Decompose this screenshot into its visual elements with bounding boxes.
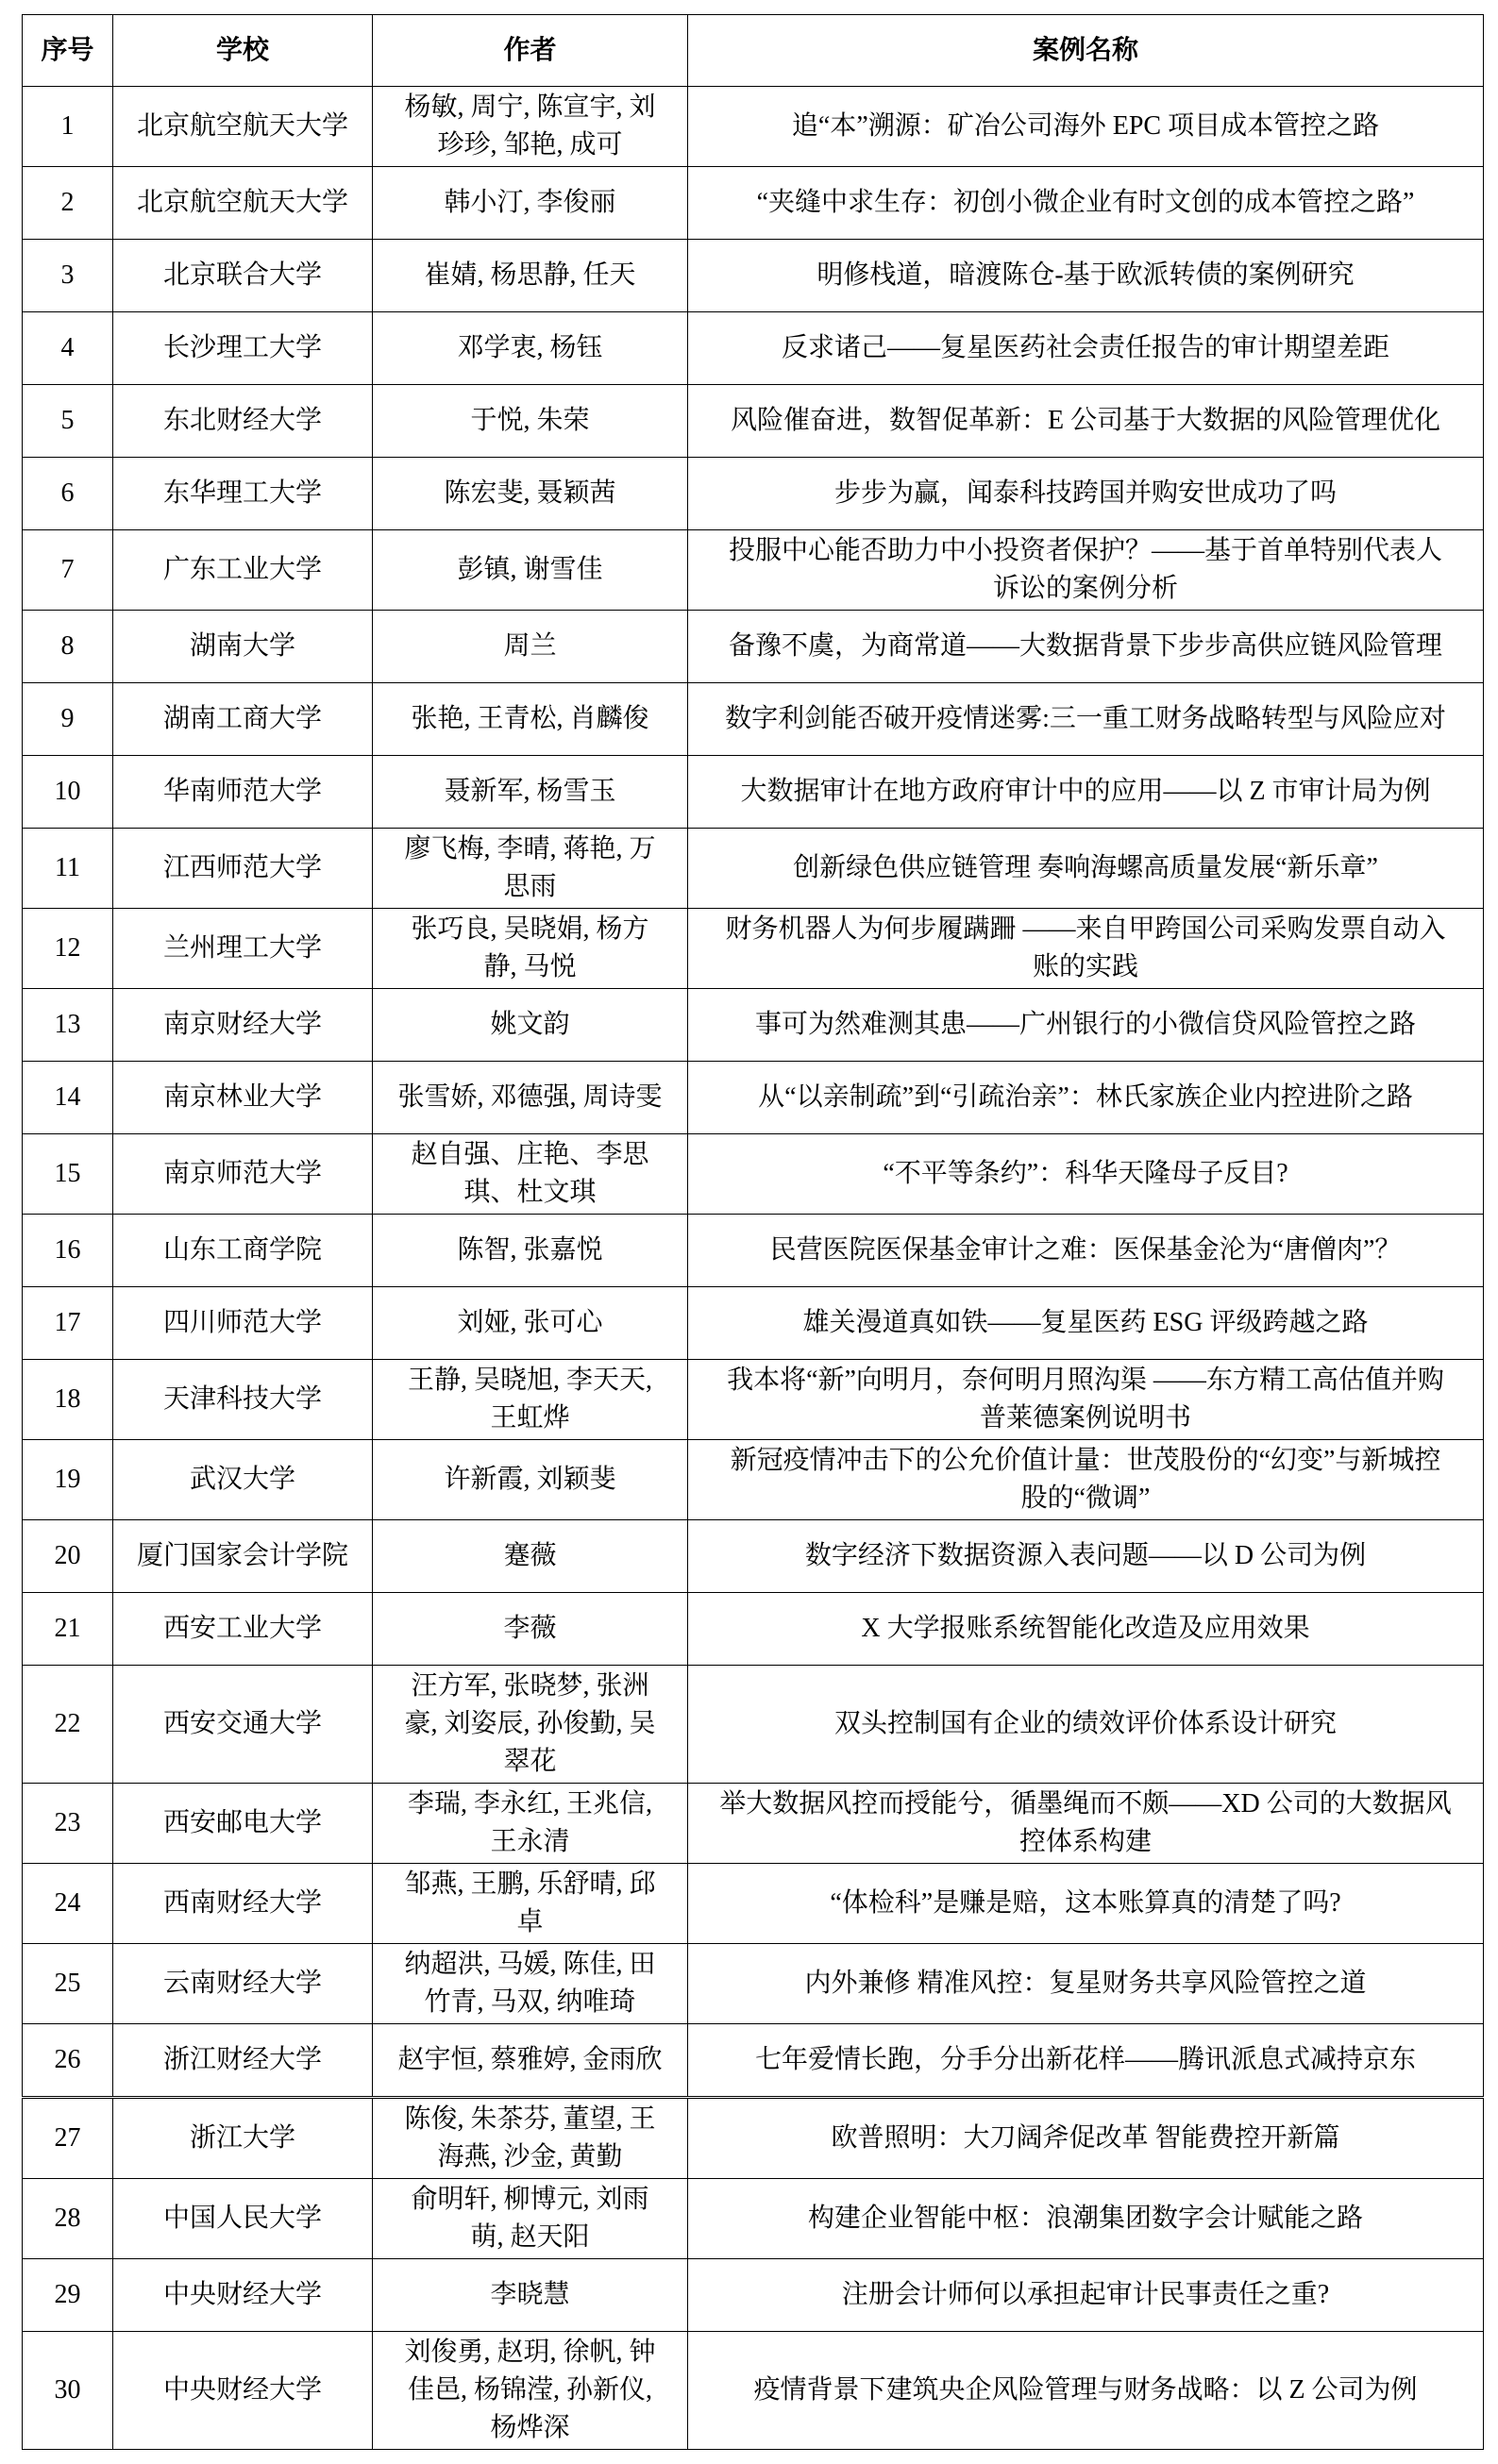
cell-authors: 刘娅, 张可心 [373, 1287, 688, 1360]
cell-case-title: 欧普照明：大刀阔斧促改革 智能费控开新篇 [688, 2099, 1484, 2179]
table-row: 22 西安交通大学 汪方军, 张晓梦, 张洲豪, 刘姿辰, 孙俊勤, 吴翠花 双… [23, 1666, 1484, 1784]
cell-school: 广东工业大学 [113, 530, 373, 611]
cell-case-title: 事可为然难测其患——广州银行的小微信贷风险管控之路 [688, 989, 1484, 1062]
cell-authors: 王静, 吴晓旭, 李天天, 王虹烨 [373, 1360, 688, 1440]
cell-number: 14 [23, 1062, 113, 1134]
header-case-title: 案例名称 [688, 15, 1484, 87]
cell-number: 19 [23, 1440, 113, 1520]
cell-number: 4 [23, 312, 113, 385]
cell-school: 江西师范大学 [113, 829, 373, 909]
table-row: 26 浙江财经大学 赵宇恒, 蔡雅婷, 金雨欣 七年爱情长跑，分手分出新花样——… [23, 2024, 1484, 2097]
cell-authors: 赵自强、庄艳、李思琪、杜文琪 [373, 1134, 688, 1215]
cell-school: 武汉大学 [113, 1440, 373, 1520]
cell-school: 中央财经大学 [113, 2259, 373, 2332]
table-row: 28 中国人民大学 俞明轩, 柳博元, 刘雨萌, 赵天阳 构建企业智能中枢：浪潮… [23, 2179, 1484, 2259]
cell-number: 16 [23, 1215, 113, 1287]
cell-number: 5 [23, 385, 113, 458]
header-school: 学校 [113, 15, 373, 87]
cell-case-title: 数字利剑能否破开疫情迷雾:三一重工财务战略转型与风险应对 [688, 683, 1484, 756]
table-row: 8 湖南大学 周兰 备豫不虞，为商常道——大数据背景下步步高供应链风险管理 [23, 611, 1484, 683]
cell-number: 27 [23, 2099, 113, 2179]
table-row: 1 北京航空航天大学 杨敏, 周宁, 陈宣宇, 刘珍珍, 邹艳, 成可 追“本”… [23, 87, 1484, 167]
cell-case-title: 举大数据风控而授能兮，循墨绳而不颇——XD 公司的大数据风控体系构建 [688, 1784, 1484, 1864]
cell-authors: 赵宇恒, 蔡雅婷, 金雨欣 [373, 2024, 688, 2097]
cell-number: 21 [23, 1593, 113, 1666]
cell-number: 23 [23, 1784, 113, 1864]
cell-case-title: X 大学报账系统智能化改造及应用效果 [688, 1593, 1484, 1666]
cell-authors: 汪方军, 张晓梦, 张洲豪, 刘姿辰, 孙俊勤, 吴翠花 [373, 1666, 688, 1784]
cell-case-title: 步步为赢，闻泰科技跨国并购安世成功了吗 [688, 458, 1484, 530]
cell-case-title: “夹缝中求生存：初创小微企业有时文创的成本管控之路” [688, 167, 1484, 240]
cell-authors: 刘俊勇, 赵玥, 徐帆, 钟佳邑, 杨锦滢, 孙新仪, 杨烨深 [373, 2332, 688, 2450]
cell-number: 11 [23, 829, 113, 909]
cell-authors: 李薇 [373, 1593, 688, 1666]
table-row: 18 天津科技大学 王静, 吴晓旭, 李天天, 王虹烨 我本将“新”向明月，奈何… [23, 1360, 1484, 1440]
cell-case-title: 大数据审计在地方政府审计中的应用——以 Z 市审计局为例 [688, 756, 1484, 829]
cell-school: 湖南工商大学 [113, 683, 373, 756]
cell-school: 南京师范大学 [113, 1134, 373, 1215]
cell-number: 10 [23, 756, 113, 829]
cell-school: 南京林业大学 [113, 1062, 373, 1134]
cell-school: 西安交通大学 [113, 1666, 373, 1784]
cell-number: 30 [23, 2332, 113, 2450]
table-row: 12 兰州理工大学 张巧良, 吴晓娟, 杨方静, 马悦 财务机器人为何步履蹒跚 … [23, 909, 1484, 989]
cell-number: 20 [23, 1520, 113, 1593]
table-row: 30 中央财经大学 刘俊勇, 赵玥, 徐帆, 钟佳邑, 杨锦滢, 孙新仪, 杨烨… [23, 2332, 1484, 2450]
cell-authors: 俞明轩, 柳博元, 刘雨萌, 赵天阳 [373, 2179, 688, 2259]
cell-authors: 陈智, 张嘉悦 [373, 1215, 688, 1287]
cell-number: 8 [23, 611, 113, 683]
cell-case-title: 我本将“新”向明月，奈何明月照沟渠 ——东方精工高估值并购普莱德案例说明书 [688, 1360, 1484, 1440]
cell-authors: 杨敏, 周宁, 陈宣宇, 刘珍珍, 邹艳, 成可 [373, 87, 688, 167]
cell-authors: 韩小汀, 李俊丽 [373, 167, 688, 240]
cell-number: 15 [23, 1134, 113, 1215]
cell-number: 17 [23, 1287, 113, 1360]
cell-school: 东华理工大学 [113, 458, 373, 530]
table-row: 21 西安工业大学 李薇 X 大学报账系统智能化改造及应用效果 [23, 1593, 1484, 1666]
cell-number: 13 [23, 989, 113, 1062]
table-row: 11 江西师范大学 廖飞梅, 李晴, 蒋艳, 万思雨 创新绿色供应链管理 奏响海… [23, 829, 1484, 909]
cell-case-title: 内外兼修 精准风控：复星财务共享风险管控之道 [688, 1944, 1484, 2024]
cell-number: 9 [23, 683, 113, 756]
cell-number: 12 [23, 909, 113, 989]
cell-authors: 许新霞, 刘颖斐 [373, 1440, 688, 1520]
table-row: 3 北京联合大学 崔婧, 杨思静, 任天 明修栈道，暗渡陈仓-基于欧派转债的案例… [23, 240, 1484, 312]
table-header: 序号 学校 作者 案例名称 [23, 15, 1484, 87]
cell-authors: 李瑞, 李永红, 王兆信, 王永清 [373, 1784, 688, 1864]
cell-authors: 陈宏斐, 聂颖茜 [373, 458, 688, 530]
table-row: 23 西安邮电大学 李瑞, 李永红, 王兆信, 王永清 举大数据风控而授能兮，循… [23, 1784, 1484, 1864]
cell-case-title: 财务机器人为何步履蹒跚 ——来自甲跨国公司采购发票自动入账的实践 [688, 909, 1484, 989]
cell-number: 26 [23, 2024, 113, 2097]
table-row: 19 武汉大学 许新霞, 刘颖斐 新冠疫情冲击下的公允价值计量：世茂股份的“幻变… [23, 1440, 1484, 1520]
table-row: 29 中央财经大学 李晓慧 注册会计师何以承担起审计民事责任之重? [23, 2259, 1484, 2332]
cell-case-title: 反求诸己——复星医药社会责任报告的审计期望差距 [688, 312, 1484, 385]
table-row: 10 华南师范大学 聂新军, 杨雪玉 大数据审计在地方政府审计中的应用——以 Z… [23, 756, 1484, 829]
cell-school: 东北财经大学 [113, 385, 373, 458]
header-no: 序号 [23, 15, 113, 87]
case-table-continued: 27 浙江大学 陈俊, 朱茶芬, 董望, 王海燕, 沙金, 黄勤 欧普照明：大刀… [22, 2098, 1484, 2450]
cell-number: 2 [23, 167, 113, 240]
cell-number: 22 [23, 1666, 113, 1784]
cell-school: 浙江大学 [113, 2099, 373, 2179]
cell-case-title: “体检科”是赚是赔，这本账算真的清楚了吗? [688, 1864, 1484, 1944]
table-row: 15 南京师范大学 赵自强、庄艳、李思琪、杜文琪 “不平等条约”：科华天隆母子反… [23, 1134, 1484, 1215]
cell-authors: 彭镇, 谢雪佳 [373, 530, 688, 611]
table-row: 24 西南财经大学 邹燕, 王鹏, 乐舒晴, 邱卓 “体检科”是赚是赔，这本账算… [23, 1864, 1484, 1944]
cell-school: 西安工业大学 [113, 1593, 373, 1666]
cell-school: 兰州理工大学 [113, 909, 373, 989]
cell-school: 北京航空航天大学 [113, 87, 373, 167]
table-row: 2 北京航空航天大学 韩小汀, 李俊丽 “夹缝中求生存：初创小微企业有时文创的成… [23, 167, 1484, 240]
table-body-continued: 27 浙江大学 陈俊, 朱茶芬, 董望, 王海燕, 沙金, 黄勤 欧普照明：大刀… [23, 2099, 1484, 2450]
cell-authors: 周兰 [373, 611, 688, 683]
cell-authors: 邓学衷, 杨钰 [373, 312, 688, 385]
cell-school: 北京航空航天大学 [113, 167, 373, 240]
cell-school: 云南财经大学 [113, 1944, 373, 2024]
cell-school: 天津科技大学 [113, 1360, 373, 1440]
table-row: 7 广东工业大学 彭镇, 谢雪佳 投服中心能否助力中小投资者保护？——基于首单特… [23, 530, 1484, 611]
cell-case-title: 新冠疫情冲击下的公允价值计量：世茂股份的“幻变”与新城控股的“微调” [688, 1440, 1484, 1520]
cell-authors: 蹇薇 [373, 1520, 688, 1593]
cell-school: 湖南大学 [113, 611, 373, 683]
cell-school: 西安邮电大学 [113, 1784, 373, 1864]
cell-case-title: 民营医院医保基金审计之难：医保基金沦为“唐僧肉”？ [688, 1215, 1484, 1287]
cell-authors: 聂新军, 杨雪玉 [373, 756, 688, 829]
header-row: 序号 学校 作者 案例名称 [23, 15, 1484, 87]
table-row: 17 四川师范大学 刘娅, 张可心 雄关漫道真如铁——复星医药 ESG 评级跨越… [23, 1287, 1484, 1360]
cell-authors: 纳超洪, 马媛, 陈佳, 田竹青, 马双, 纳唯琦 [373, 1944, 688, 2024]
cell-school: 浙江财经大学 [113, 2024, 373, 2097]
cell-number: 25 [23, 1944, 113, 2024]
cell-school: 中央财经大学 [113, 2332, 373, 2450]
cell-school: 四川师范大学 [113, 1287, 373, 1360]
cell-authors: 崔婧, 杨思静, 任天 [373, 240, 688, 312]
table-row: 16 山东工商学院 陈智, 张嘉悦 民营医院医保基金审计之难：医保基金沦为“唐僧… [23, 1215, 1484, 1287]
cell-number: 29 [23, 2259, 113, 2332]
cell-school: 南京财经大学 [113, 989, 373, 1062]
cell-case-title: 七年爱情长跑，分手分出新花样——腾讯派息式减持京东 [688, 2024, 1484, 2097]
cell-case-title: 风险催奋进，数智促革新：E 公司基于大数据的风险管理优化 [688, 385, 1484, 458]
table-row: 25 云南财经大学 纳超洪, 马媛, 陈佳, 田竹青, 马双, 纳唯琦 内外兼修… [23, 1944, 1484, 2024]
cell-authors: 张艳, 王青松, 肖麟俊 [373, 683, 688, 756]
cell-case-title: 从“以亲制疏”到“引疏治亲”：林氏家族企业内控进阶之路 [688, 1062, 1484, 1134]
cell-number: 3 [23, 240, 113, 312]
cell-number: 1 [23, 87, 113, 167]
cell-school: 北京联合大学 [113, 240, 373, 312]
cell-school: 中国人民大学 [113, 2179, 373, 2259]
cell-number: 24 [23, 1864, 113, 1944]
case-table: 序号 学校 作者 案例名称 1 北京航空航天大学 杨敏, 周宁, 陈宣宇, 刘珍… [22, 14, 1484, 2097]
cell-school: 厦门国家会计学院 [113, 1520, 373, 1593]
cell-authors: 张雪娇, 邓德强, 周诗雯 [373, 1062, 688, 1134]
cell-authors: 李晓慧 [373, 2259, 688, 2332]
cell-authors: 姚文韵 [373, 989, 688, 1062]
table-row: 4 长沙理工大学 邓学衷, 杨钰 反求诸己——复星医药社会责任报告的审计期望差距 [23, 312, 1484, 385]
cell-case-title: 追“本”溯源：矿冶公司海外 EPC 项目成本管控之路 [688, 87, 1484, 167]
cell-case-title: 投服中心能否助力中小投资者保护？——基于首单特别代表人诉讼的案例分析 [688, 530, 1484, 611]
cell-school: 长沙理工大学 [113, 312, 373, 385]
table-body: 1 北京航空航天大学 杨敏, 周宁, 陈宣宇, 刘珍珍, 邹艳, 成可 追“本”… [23, 87, 1484, 2097]
cell-school: 华南师范大学 [113, 756, 373, 829]
cell-school: 西南财经大学 [113, 1864, 373, 1944]
cell-number: 28 [23, 2179, 113, 2259]
cell-case-title: 双头控制国有企业的绩效评价体系设计研究 [688, 1666, 1484, 1784]
cell-case-title: 雄关漫道真如铁——复星医药 ESG 评级跨越之路 [688, 1287, 1484, 1360]
cell-number: 7 [23, 530, 113, 611]
cell-case-title: 备豫不虞，为商常道——大数据背景下步步高供应链风险管理 [688, 611, 1484, 683]
table-row: 13 南京财经大学 姚文韵 事可为然难测其患——广州银行的小微信贷风险管控之路 [23, 989, 1484, 1062]
cell-authors: 于悦, 朱荣 [373, 385, 688, 458]
table-row: 5 东北财经大学 于悦, 朱荣 风险催奋进，数智促革新：E 公司基于大数据的风险… [23, 385, 1484, 458]
cell-case-title: 创新绿色供应链管理 奏响海螺高质量发展“新乐章” [688, 829, 1484, 909]
cell-case-title: “不平等条约”：科华天隆母子反目? [688, 1134, 1484, 1215]
table-row: 9 湖南工商大学 张艳, 王青松, 肖麟俊 数字利剑能否破开疫情迷雾:三一重工财… [23, 683, 1484, 756]
cell-case-title: 明修栈道，暗渡陈仓-基于欧派转债的案例研究 [688, 240, 1484, 312]
cell-authors: 张巧良, 吴晓娟, 杨方静, 马悦 [373, 909, 688, 989]
cell-authors: 陈俊, 朱茶芬, 董望, 王海燕, 沙金, 黄勤 [373, 2099, 688, 2179]
cell-case-title: 疫情背景下建筑央企风险管理与财务战略：以 Z 公司为例 [688, 2332, 1484, 2450]
cell-number: 6 [23, 458, 113, 530]
table-row: 20 厦门国家会计学院 蹇薇 数字经济下数据资源入表问题——以 D 公司为例 [23, 1520, 1484, 1593]
cell-case-title: 数字经济下数据资源入表问题——以 D 公司为例 [688, 1520, 1484, 1593]
cell-authors: 廖飞梅, 李晴, 蒋艳, 万思雨 [373, 829, 688, 909]
table-row: 27 浙江大学 陈俊, 朱茶芬, 董望, 王海燕, 沙金, 黄勤 欧普照明：大刀… [23, 2099, 1484, 2179]
header-authors: 作者 [373, 15, 688, 87]
cell-case-title: 构建企业智能中枢：浪潮集团数字会计赋能之路 [688, 2179, 1484, 2259]
cell-case-title: 注册会计师何以承担起审计民事责任之重? [688, 2259, 1484, 2332]
cell-school: 山东工商学院 [113, 1215, 373, 1287]
cell-number: 18 [23, 1360, 113, 1440]
table-row: 14 南京林业大学 张雪娇, 邓德强, 周诗雯 从“以亲制疏”到“引疏治亲”：林… [23, 1062, 1484, 1134]
table-row: 6 东华理工大学 陈宏斐, 聂颖茜 步步为赢，闻泰科技跨国并购安世成功了吗 [23, 458, 1484, 530]
cell-authors: 邹燕, 王鹏, 乐舒晴, 邱卓 [373, 1864, 688, 1944]
